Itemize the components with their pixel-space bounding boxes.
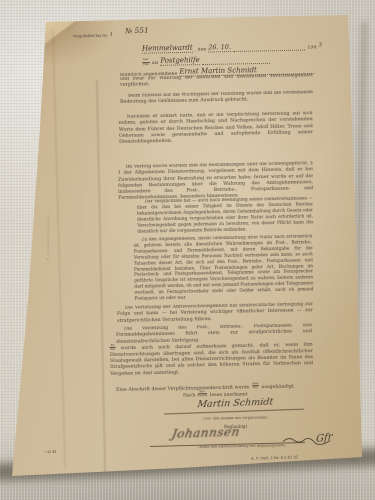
fill-line [202,62,270,65]
signature-obligated-caption: (Vor- und Zuname des Verpflichteten) [173,416,298,422]
document-paper: Vorgeheftet bei Nr. 1 № 551 Hemmelwardt … [0,0,375,500]
place-handwritten: Hemmelwardt [142,44,193,54]
filing-label: Vorgeheftet bei Nr. [73,34,108,39]
indented-clause-2: Zu den Angelegenheiten, deren Geheimhalt… [133,234,313,303]
er-sie-alternative: Er Sie [110,344,116,352]
fold-crease-left [52,30,66,470]
occupation-handwritten: Postgehilfe [160,56,200,66]
fill-line [233,49,305,52]
date-handwritten: 26. 10. [208,43,231,52]
indented-clause-1: Der Verpflichtete hat — auch nach Beendi… [137,196,314,236]
year-printed: 194 [307,45,316,50]
den-label: , den [195,47,207,52]
year-digit-handwritten: 3 [318,42,322,48]
form-code-right: A. V. Vorl. 2 Nr. 4 5 61 31 [251,455,298,460]
signature-official: Johannsen [171,425,241,441]
hinweis-paragraph: Beim Hinweis auf die Wichtigkeit der Han… [120,90,313,108]
intro-paragraph: und zwar zur Wahrung der amtlichen und d… [120,73,313,90]
form-code-left: • 20 41 [44,450,57,454]
filing-note: Vorgeheftet bei Nr. 1 [73,32,113,39]
photo-of-document-on-fabric: Vorgeheftet bei Nr. 1 № 551 Hemmelwardt … [0,0,375,500]
filing-number-handwritten: 1 [110,32,113,38]
margin-imprint: Reichsdruckerei [46,200,50,260]
beamte-text: wurde auch noch darauf aufmerksam gemach… [110,342,313,376]
beamte-paragraph: Er Sie wurde auch noch darauf aufmerksam… [110,340,314,384]
verletzung-paragraph-1: Die Verletzung der Amtsverschwiegenheit … [117,302,313,326]
dateline: Hemmelwardt , den 26. 10. 194 3 [142,41,322,53]
bent-corner [45,21,75,44]
registration-number-handwritten: № 551 [125,26,149,36]
vor-durch-alternative: Vor- Durch- [197,390,208,398]
nach-label: Nach [183,393,195,398]
fold-crease-center [96,80,106,475]
geloebnis-paragraph: Nachdem er erklärt hatte, daß er die Ver… [119,111,314,162]
subject-line: Der Die als Postgehilfe [142,55,270,66]
der-die-alternative: Der Die [142,58,150,66]
verfolg-paragraph: Im Verfolg davon wurden ihm die Bestimmu… [118,161,314,199]
als-label: als [152,61,159,66]
abschrift-post: ausgehändigt. [261,384,295,390]
ihm-ihr-alternative: ihm ihr [251,382,259,390]
